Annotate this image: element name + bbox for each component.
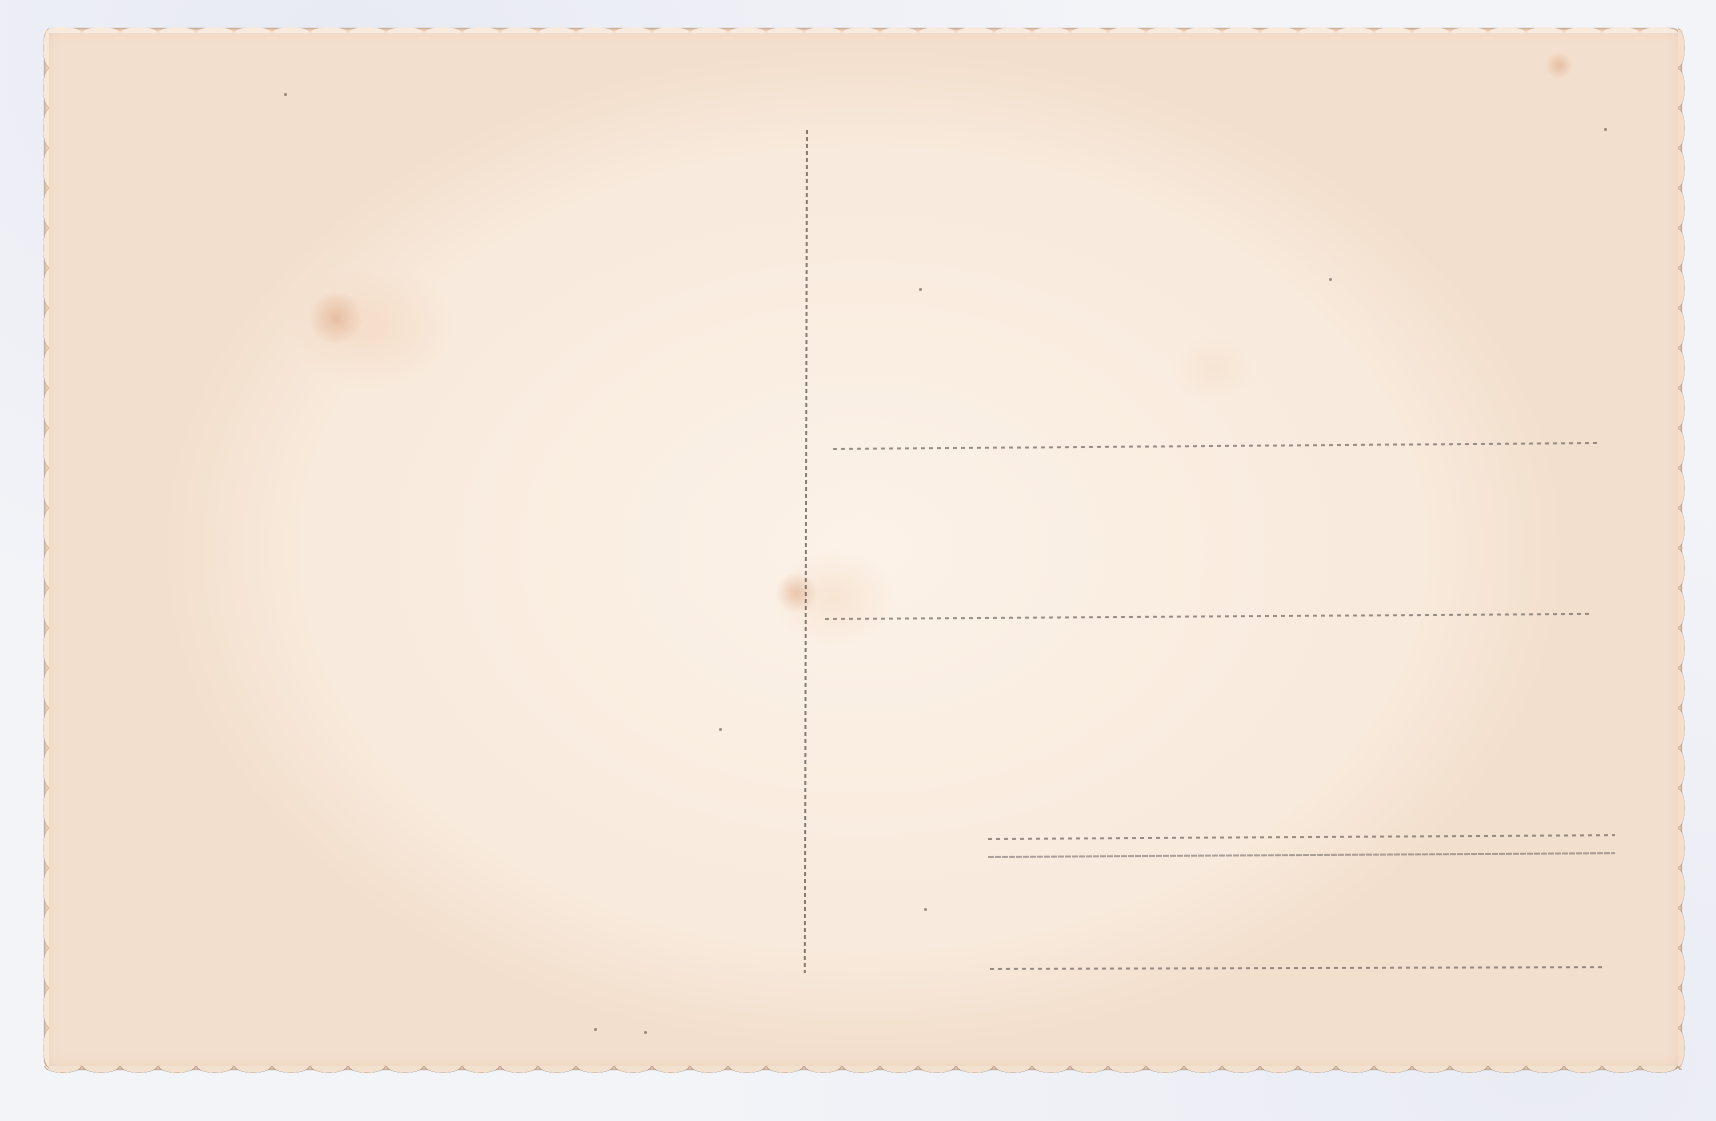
paper-speck bbox=[644, 1031, 647, 1034]
postcard-back bbox=[44, 28, 1682, 1070]
paper-speck bbox=[1604, 128, 1607, 131]
paper-speck bbox=[919, 288, 922, 291]
address-line bbox=[833, 442, 1597, 450]
address-line bbox=[988, 834, 1615, 840]
age-stain bbox=[306, 293, 366, 343]
age-stain bbox=[774, 573, 819, 613]
address-line bbox=[988, 852, 1615, 857]
paper-speck bbox=[1329, 278, 1332, 281]
age-stain bbox=[1544, 53, 1574, 78]
message-address-divider bbox=[804, 130, 808, 973]
paper-speck bbox=[284, 93, 287, 96]
address-line bbox=[990, 966, 1605, 970]
paper-speck bbox=[594, 1028, 597, 1031]
address-line bbox=[825, 613, 1591, 620]
paper-speck bbox=[924, 908, 927, 911]
paper-speck bbox=[719, 728, 722, 731]
